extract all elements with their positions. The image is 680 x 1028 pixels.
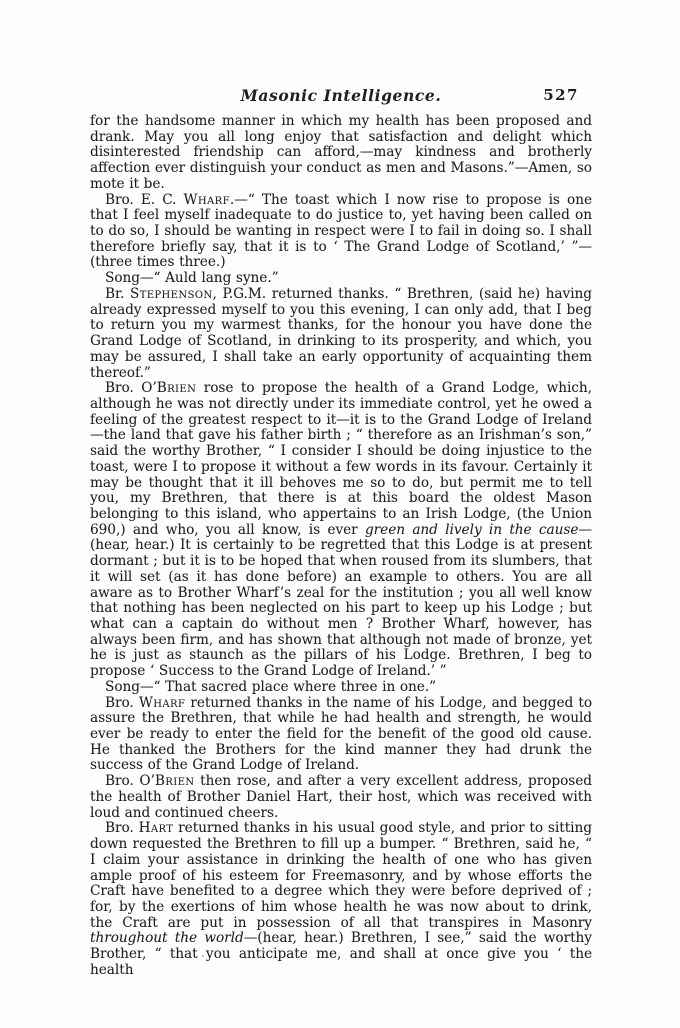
paragraph: Bro. Hart returned thanks in his usual g…: [90, 821, 592, 978]
text-run: Bro. O’: [105, 773, 155, 789]
page-number: 527: [543, 86, 579, 104]
paragraph: Song—“ Auld lang syne.”: [90, 271, 592, 287]
running-title: Masonic Intelligence.: [90, 86, 592, 105]
smallcaps-name-run: Brien: [155, 773, 195, 789]
page-header: Masonic Intelligence. 527: [90, 86, 592, 108]
text-run: returned thanks in his usual good style,…: [90, 820, 592, 930]
italic-text-run: green and lively in the cause: [365, 522, 578, 538]
text-run: for the handsome manner in which my heal…: [90, 113, 592, 192]
paragraph: Bro. O’Brien then rose, and after a very…: [90, 774, 592, 821]
smallcaps-name-run: Wharf: [139, 695, 185, 711]
text-run: Song—“ Auld lang syne.”: [105, 270, 279, 286]
italic-text-run: throughout the world: [90, 930, 244, 946]
book-page: Masonic Intelligence. 527 for the handso…: [0, 0, 680, 1028]
text-run: Bro. E. C.: [105, 192, 184, 208]
text-run: Br.: [105, 286, 130, 302]
scan-speck: [202, 955, 204, 957]
smallcaps-name-run: Wharf: [184, 192, 230, 208]
text-run: rose to propose the health of a Grand Lo…: [90, 380, 592, 537]
smallcaps-name-run: Hart: [139, 820, 174, 836]
paragraph: Br. Stephenson, P.G.M. returned thanks. …: [90, 287, 592, 381]
smallcaps-name-run: Brien: [157, 380, 197, 396]
text-run: Bro. O’: [105, 380, 157, 396]
paragraph: Bro. O’Brien rose to propose the health …: [90, 381, 592, 680]
text-run: — (hear, hear.) It is certainly to be re…: [90, 522, 592, 679]
smallcaps-name-run: Stephenson: [130, 286, 213, 302]
page-text: for the handsome manner in which my heal…: [90, 114, 592, 979]
text-run: Bro.: [105, 820, 139, 836]
text-run: Song—“ That sacred place where three in …: [105, 679, 436, 695]
paragraph: Bro. Wharf returned thanks in the name o…: [90, 696, 592, 775]
paragraph: Bro. E. C. Wharf.—“ The toast which I no…: [90, 193, 592, 272]
scan-speck: [262, 951, 265, 953]
paragraph: for the handsome manner in which my heal…: [90, 114, 592, 193]
text-run: Bro.: [105, 695, 139, 711]
paragraph: Song—“ That sacred place where three in …: [90, 680, 592, 696]
